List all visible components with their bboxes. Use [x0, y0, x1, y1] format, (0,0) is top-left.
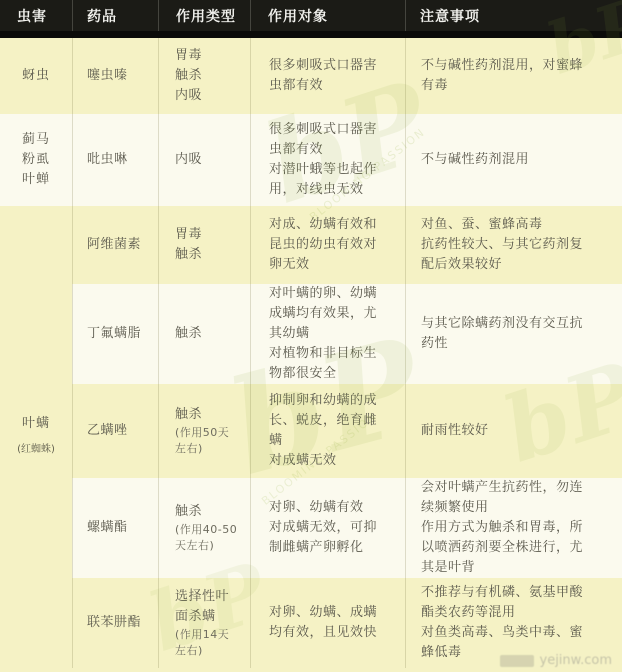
notes-text: 不与碱性药剂混用，对蜜蜂有毒: [421, 56, 594, 96]
drug-cell-row1: 噻虫嗪: [72, 38, 158, 114]
action-type-label: 胃毒 触杀 内吸: [175, 46, 238, 106]
drug-label: 联苯肼酯: [87, 613, 152, 633]
notes-cell-row4: 与其它除螨药剂没有交互抗药性: [405, 284, 622, 384]
action-duration-note: (作用50天左右): [175, 425, 238, 457]
action-duration-note: (作用14天左右): [175, 627, 238, 659]
drug-label: 丁氟螨脂: [87, 324, 152, 344]
action-type-label: 触杀: [175, 324, 238, 344]
target-text: 抑制卵和幼螨的成长、蜕皮，绝育雌螨 对成螨无效: [269, 391, 383, 471]
notes-text: 与其它除螨药剂没有交互抗药性: [421, 314, 594, 354]
pest-label: 叶螨: [22, 414, 50, 434]
action-type-label: 胃毒 触杀: [175, 225, 238, 265]
col-header-drug: 药品: [72, 0, 158, 31]
pest-cell-thrips: 蓟马 粉虱 叶蝉: [0, 114, 72, 206]
target-cell-row7: 对卵、幼螨、成螨均有效，且见效快: [250, 578, 405, 668]
notes-text: 不与碱性药剂混用: [421, 150, 594, 170]
notes-cell-row6: 会对叶螨产生抗药性，勿连续频繁使用 作用方式为触杀和胃毒，所以喷洒药剂要全株进行…: [405, 478, 622, 578]
action-type-cell-row1: 胃毒 触杀 内吸: [158, 38, 250, 114]
col-header-pest: 虫害: [0, 0, 72, 31]
drug-label: 吡虫啉: [87, 150, 152, 170]
col-header-type: 作用类型: [158, 0, 250, 31]
col-header-notes: 注意事项: [405, 0, 622, 31]
action-type-cell-row6: 触杀 (作用40-50天左右): [158, 478, 250, 578]
notes-text: 耐雨性较好: [421, 421, 594, 441]
notes-cell-row2: 不与碱性药剂混用: [405, 114, 622, 206]
drug-cell-row5: 乙螨唑: [72, 384, 158, 478]
target-text: 对卵、幼螨、成螨均有效，且见效快: [269, 603, 383, 643]
action-type-label: 触杀: [175, 405, 238, 425]
action-duration-note: (作用40-50天左右): [175, 522, 238, 554]
action-type-label: 选择性叶面杀螨: [175, 587, 238, 627]
notes-text: 会对叶螨产生抗药性，勿连续频繁使用 作用方式为触杀和胃毒，所以喷洒药剂要全株进行…: [421, 478, 594, 578]
pest-label: 蚜虫: [22, 66, 50, 86]
pesticide-table-page: 虫害 药品 作用类型 作用对象 注意事项 蚜虫 噻虫嗪 胃毒 触杀 内吸 很多刺…: [0, 0, 622, 672]
notes-cell-row3: 对鱼、蚕、蜜蜂高毒 抗药性较大、与其它药剂复配后效果较好: [405, 206, 622, 284]
drug-cell-row3: 阿维菌素: [72, 206, 158, 284]
action-type-cell-row7: 选择性叶面杀螨 (作用14天左右): [158, 578, 250, 668]
target-text: 对成、幼螨有效和昆虫的幼虫有效对卵无效: [269, 215, 383, 275]
drug-label: 噻虫嗪: [87, 66, 152, 86]
table-header: 虫害 药品 作用类型 作用对象 注意事项: [0, 0, 622, 38]
action-type-label: 触杀: [175, 502, 238, 522]
drug-label: 乙螨唑: [87, 421, 152, 441]
action-type-cell-row5: 触杀 (作用50天左右): [158, 384, 250, 478]
notes-cell-row1: 不与碱性药剂混用，对蜜蜂有毒: [405, 38, 622, 114]
target-cell-row1: 很多刺吸式口器害虫都有效: [250, 38, 405, 114]
target-cell-row3: 对成、幼螨有效和昆虫的幼虫有效对卵无效: [250, 206, 405, 284]
target-cell-row4: 对叶螨的卵、幼螨成螨均有效果，尤其幼螨 对植物和非目标生物都很安全: [250, 284, 405, 384]
notes-text: 不推荐与有机磷、氨基甲酸酯类农药等混用 对鱼类高毒、鸟类中毒、蜜蜂低毒: [421, 583, 594, 663]
drug-cell-row2: 吡虫啉: [72, 114, 158, 206]
action-type-cell-row3: 胃毒 触杀: [158, 206, 250, 284]
notes-cell-row5: 耐雨性较好: [405, 384, 622, 478]
pest-label: 蓟马 粉虱 叶蝉: [22, 130, 50, 190]
target-cell-row2: 很多刺吸式口器害虫都有效 对潜叶蛾等也起作用，对线虫无效: [250, 114, 405, 206]
drug-cell-row6: 螺螨酯: [72, 478, 158, 578]
table-body: 蚜虫 噻虫嗪 胃毒 触杀 内吸 很多刺吸式口器害虫都有效 不与碱性药剂混用，对蜜…: [0, 38, 622, 668]
drug-cell-row4: 丁氟螨脂: [72, 284, 158, 384]
drug-label: 螺螨酯: [87, 518, 152, 538]
drug-label: 阿维菌素: [87, 235, 152, 255]
action-type-cell-row2: 内吸: [158, 114, 250, 206]
target-text: 对卵、幼螨有效 对成螨无效，可抑制雌螨产卵孵化: [269, 498, 383, 558]
pest-cell-aphid: 蚜虫: [0, 38, 72, 114]
drug-cell-row7: 联苯肼酯: [72, 578, 158, 668]
target-cell-row6: 对卵、幼螨有效 对成螨无效，可抑制雌螨产卵孵化: [250, 478, 405, 578]
notes-cell-row7: 不推荐与有机磷、氨基甲酸酯类农药等混用 对鱼类高毒、鸟类中毒、蜜蜂低毒: [405, 578, 622, 668]
pest-sublabel: (红蜘蛛): [17, 440, 55, 460]
target-text: 很多刺吸式口器害虫都有效 对潜叶蛾等也起作用，对线虫无效: [269, 120, 383, 200]
target-text: 对叶螨的卵、幼螨成螨均有效果，尤其幼螨 对植物和非目标生物都很安全: [269, 284, 383, 384]
notes-text: 对鱼、蚕、蜜蜂高毒 抗药性较大、与其它药剂复配后效果较好: [421, 215, 594, 275]
action-type-label: 内吸: [175, 150, 238, 170]
action-type-cell-row4: 触杀: [158, 284, 250, 384]
target-cell-row5: 抑制卵和幼螨的成长、蜕皮，绝育雌螨 对成螨无效: [250, 384, 405, 478]
col-header-target: 作用对象: [250, 0, 405, 31]
target-text: 很多刺吸式口器害虫都有效: [269, 56, 383, 96]
pest-cell-leaf-mite: 叶螨 (红蜘蛛): [0, 206, 72, 668]
